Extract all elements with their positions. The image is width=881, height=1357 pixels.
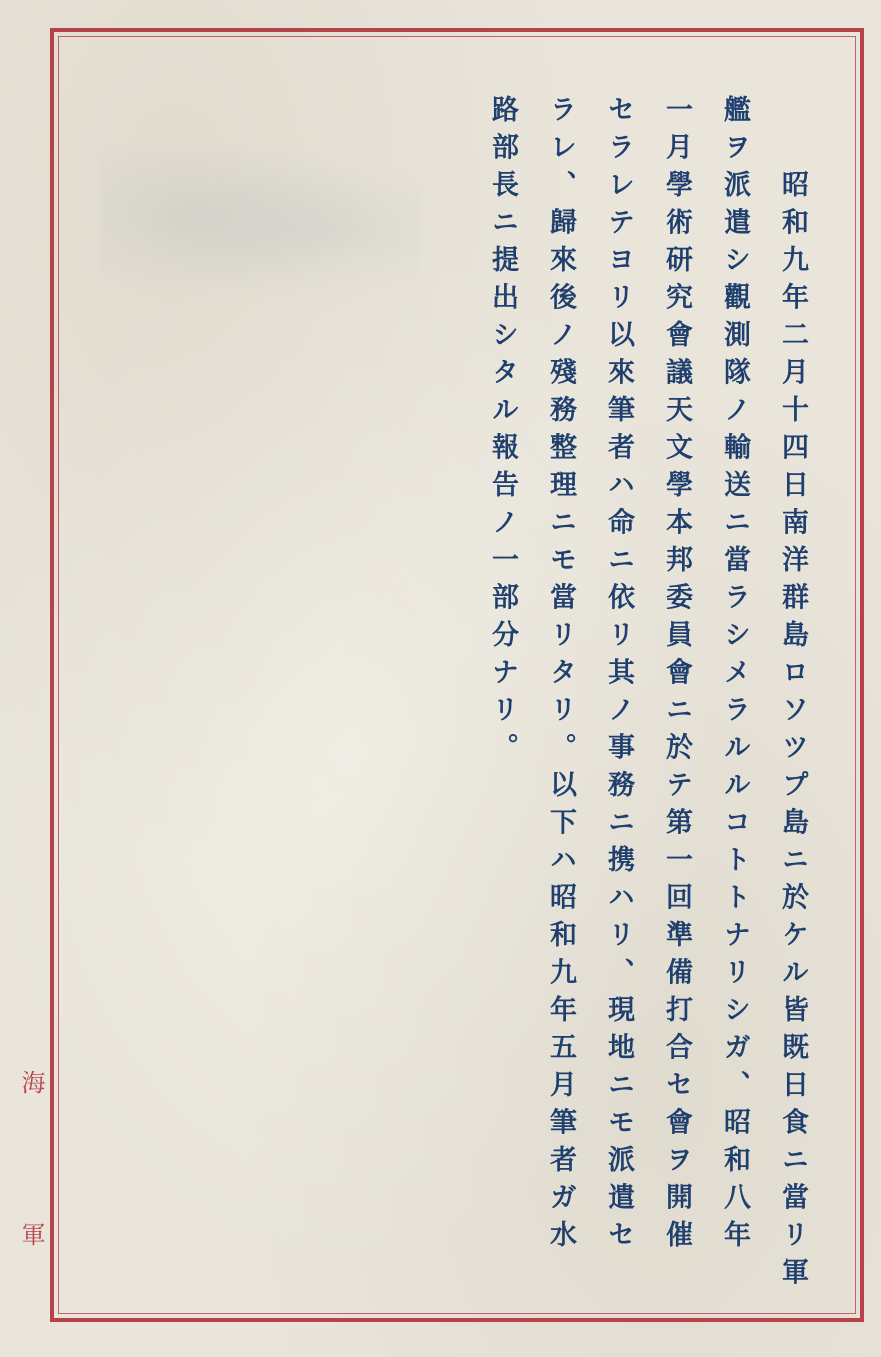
text-column-2: 艦ヲ派遣シ觀測隊ノ輸送ニ當ラシメラルルコトトナリシガ、昭和八年 xyxy=(715,95,753,1295)
text-column-4: セラレテヨリ以來筆者ハ命ニ依リ其ノ事務ニ携ハリ、現地ニモ派遣セ xyxy=(599,95,637,1295)
margin-label-kai: 海 xyxy=(14,1070,49,1094)
text-column-3: 一月學術研究會議天文學本邦委員會ニ於テ第一回準備打合セ會ヲ開催 xyxy=(657,95,695,1295)
margin-label-gun: 軍 xyxy=(14,1222,49,1246)
body-text: 昭和九年二月十四日南洋群島ロソツプ島ニ於ケル皆既日食ニ當リ軍 艦ヲ派遣シ觀測隊ノ… xyxy=(483,95,811,1295)
text-column-5: ラレ、歸來後ノ殘務整理ニモ當リタリ。以下ハ昭和九年五月筆者ガ水 xyxy=(541,95,579,1295)
show-through-stain xyxy=(100,150,420,310)
text-column-6: 路部長ニ提出シタル報告ノ一部分ナリ。 xyxy=(483,95,521,1295)
text-column-1: 昭和九年二月十四日南洋群島ロソツプ島ニ於ケル皆既日食ニ當リ軍 xyxy=(773,95,811,1295)
